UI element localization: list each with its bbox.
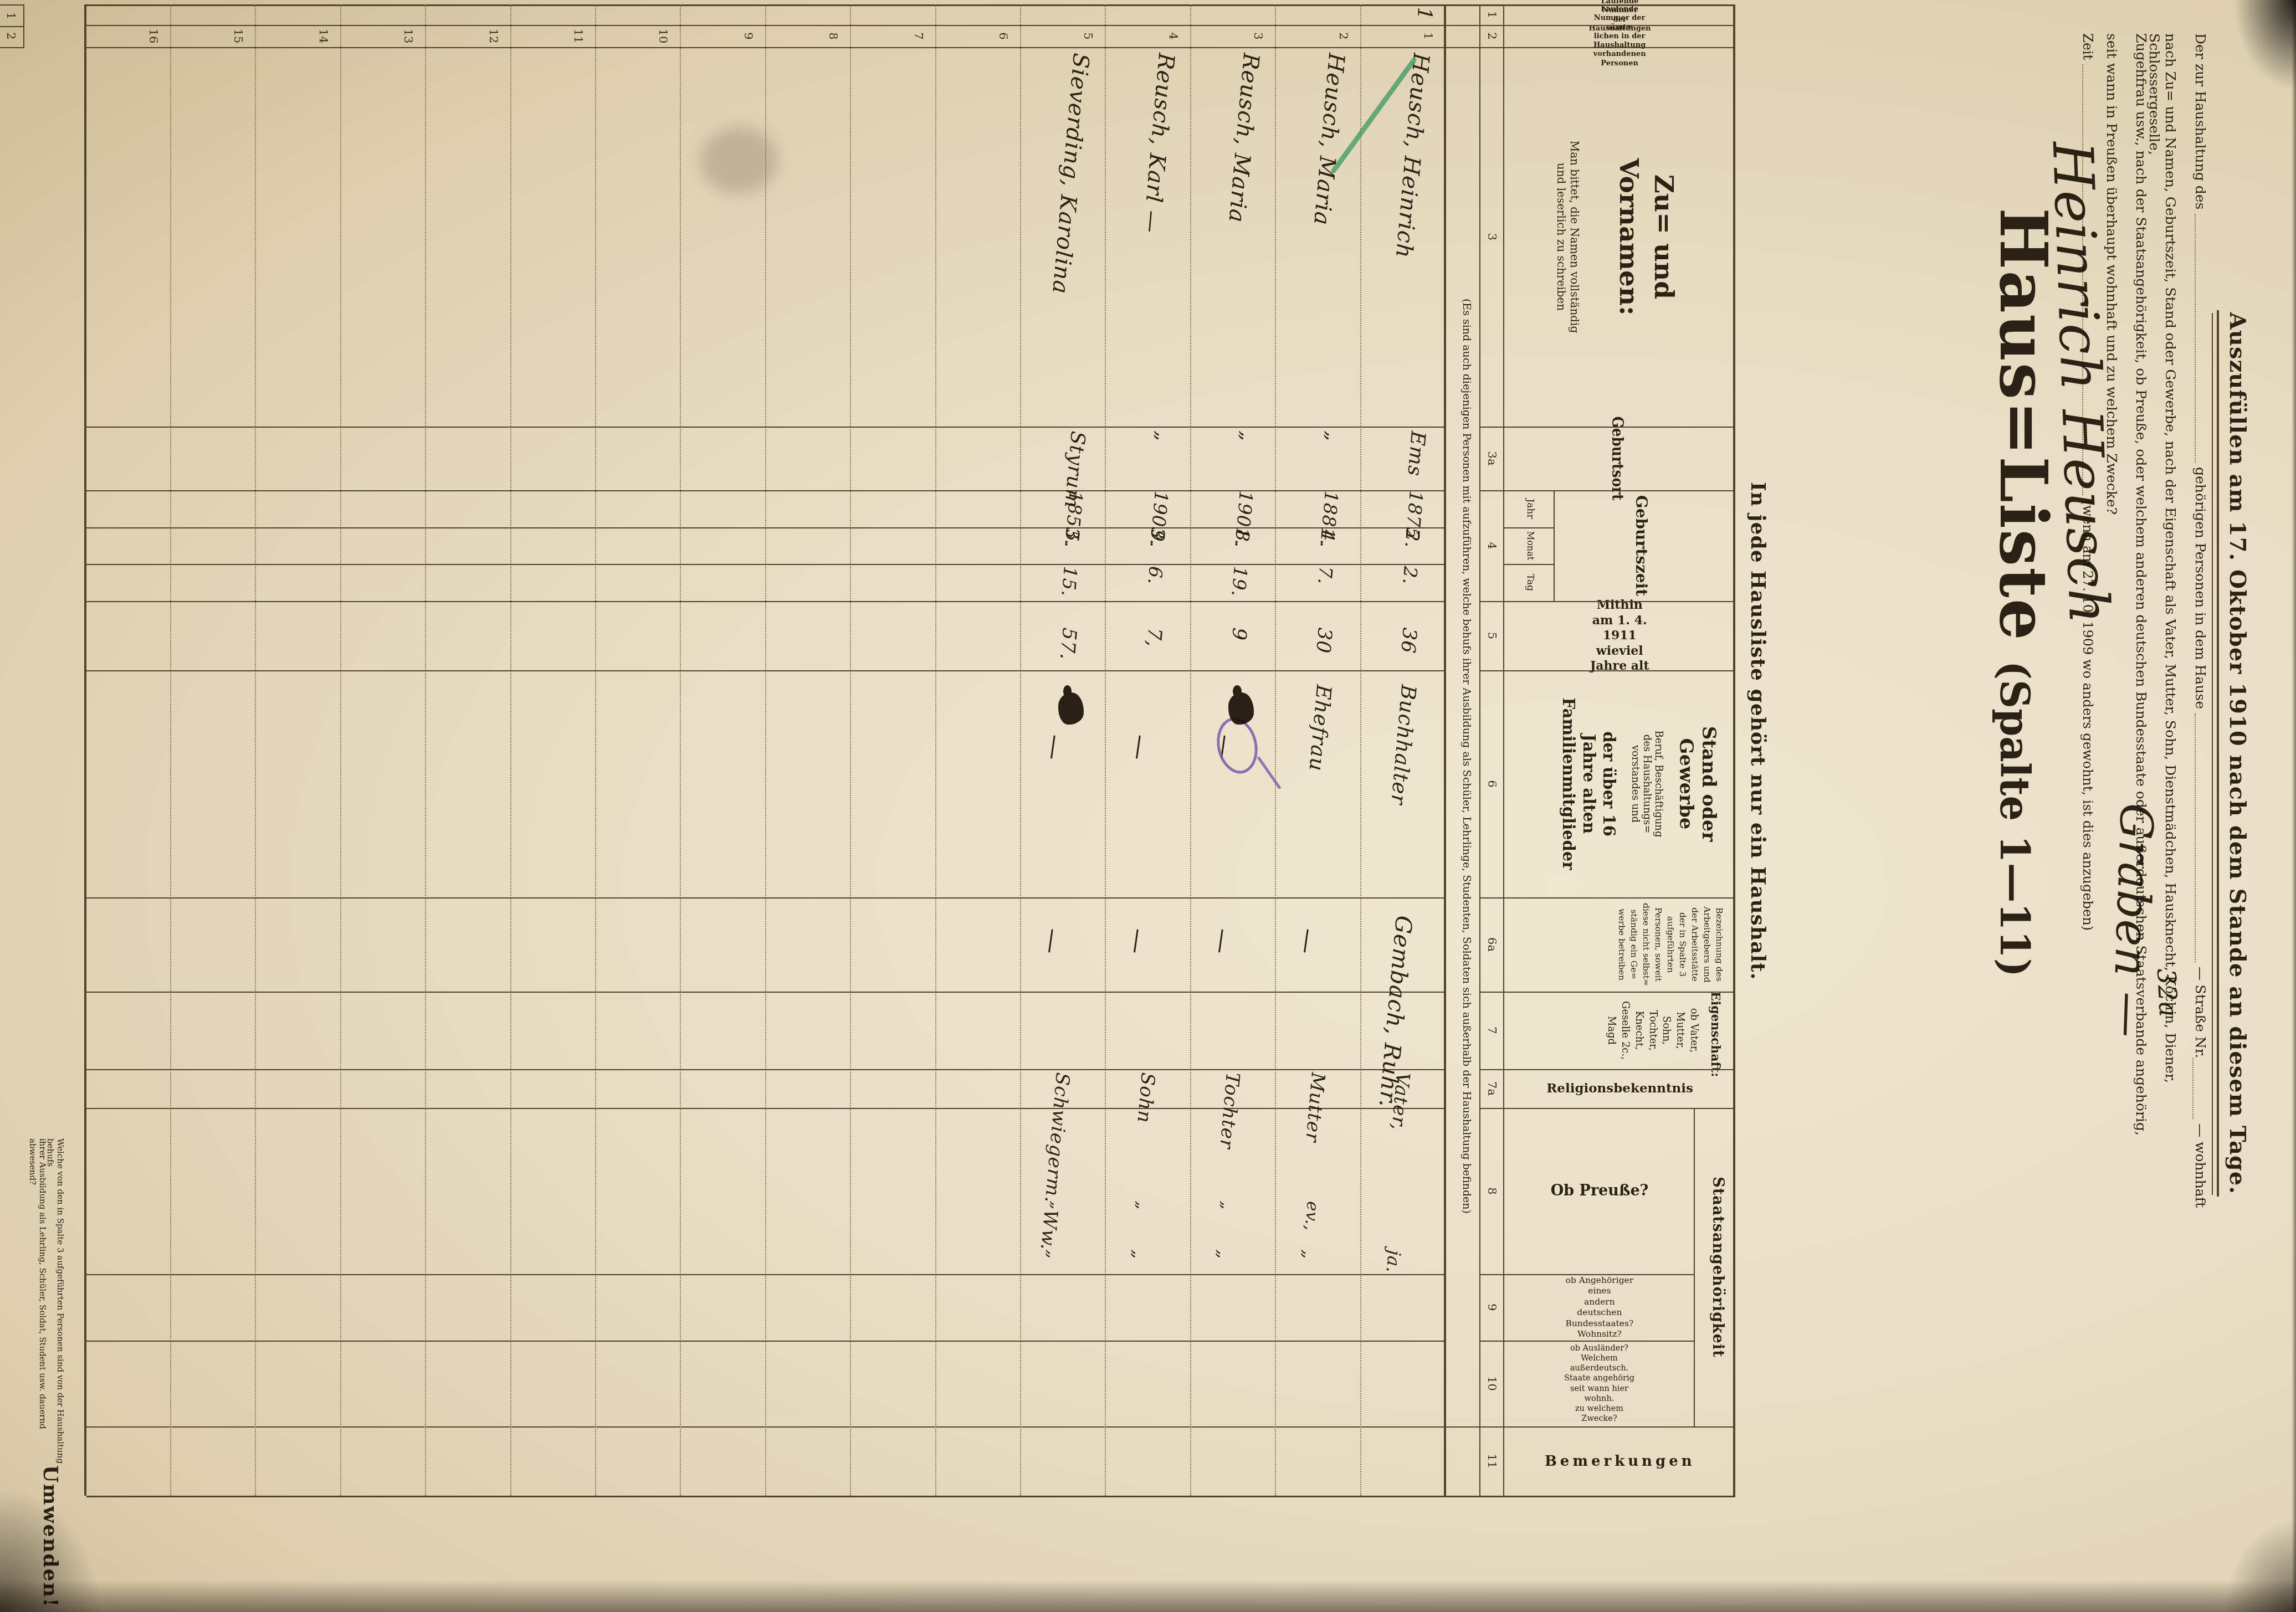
table-row (511, 0, 596, 1612)
person-number: 14 (311, 25, 336, 47)
col6-header-occupation: Stand oder Gewerbe (1674, 670, 1720, 897)
column-number-11: 11 (1480, 1426, 1504, 1496)
page-corner-shadow-top-left (2235, 0, 2296, 89)
col4-sub-tag: Tag (1525, 564, 1536, 601)
grid-line (1480, 1274, 1695, 1275)
col6-header-occupation-note: Beruf, Beschäftigung des Haushaltungs= v… (1629, 670, 1664, 897)
age-entry: 7, (1142, 627, 1166, 649)
column-number-4: 4 (1480, 490, 1504, 601)
prussian-entry: „ (1043, 1249, 1065, 1261)
grid-line (1480, 427, 1735, 428)
table-row (426, 0, 511, 1612)
col7-header-relation-title: Eigenschaft: (1708, 992, 1723, 1069)
grid-line (1480, 601, 1735, 602)
column-number-3a: 3a (1480, 427, 1504, 490)
person-number: 7 (906, 25, 931, 47)
form-title-block: Haus=Liste (Spalte 1—11) (1985, 208, 2062, 977)
grid-line (1554, 490, 1555, 601)
grid-line (1504, 564, 1555, 565)
birth-month-entry: 5. (1061, 529, 1084, 550)
form-title: Haus=Liste (1985, 208, 2062, 641)
street-no-blank (2192, 1058, 2203, 1119)
table-row (766, 0, 851, 1612)
col4-sub-jahr: Jahr (1525, 490, 1536, 527)
col3a-header-birthplace: Geburtsort (1592, 429, 1642, 488)
house-blank (2195, 713, 2206, 962)
birth-month-entry: 8. (1231, 529, 1254, 550)
para-line-1-a: Der zur Haushaltung des (2192, 33, 2208, 209)
prussian-entry: ja. (1382, 1249, 1405, 1274)
person-number: 13 (396, 25, 421, 47)
col3-header-names: Zu= und Vornamen: (1611, 47, 1681, 427)
grid-line (1733, 4, 1735, 1496)
age-entry: 36 (1396, 627, 1421, 655)
table-row (851, 0, 936, 1612)
col10-header-foreigner: ob Ausländer? Welchem außerdeutsch. Staa… (1504, 1341, 1695, 1426)
table-row (681, 0, 766, 1612)
relation-entry: Sohn (1132, 1072, 1159, 1125)
column-number-5: 5 (1480, 601, 1504, 670)
person-number: 16 (141, 25, 166, 47)
occupation-dash: — (1038, 732, 1072, 762)
person-number: 5 (1076, 25, 1100, 47)
grid-line (1694, 1108, 1695, 1426)
col7a-header-religion: Religionsbekenntnis (1504, 1069, 1735, 1108)
col3-header-note: Man bittet, die Namen vollständig und le… (1555, 47, 1581, 427)
zeit-label: Zeit (2080, 33, 2095, 60)
person-number: 12 (481, 25, 506, 47)
birth-month-entry: 2. (1401, 529, 1424, 550)
age-entry: 57. (1055, 627, 1080, 661)
census-form-page: Auszufüllen am 17. Oktober 1910 nach dem… (0, 0, 2296, 1612)
col4-header-birthdate: Geburtszeit (1632, 490, 1651, 601)
column-number-7: 7 (1480, 992, 1504, 1069)
employer-dash: — (1121, 926, 1155, 956)
col9-header-other-german-state: ob Angehöriger eines andern deutschen Bu… (1504, 1274, 1695, 1341)
person-number: 11 (566, 25, 591, 47)
handwritten-house-number: 32a (2151, 968, 2184, 1019)
heading-rule-thin (2212, 313, 2213, 1195)
religion-entry: „ (1047, 1200, 1067, 1211)
grid-line (1480, 1108, 1735, 1109)
religion-entry: „ (1217, 1200, 1237, 1211)
birth-month-entry: 9. (1146, 529, 1169, 550)
religion-entry: „ (1132, 1200, 1152, 1211)
age-entry: 9 (1227, 627, 1250, 642)
grid-line (1480, 1341, 1695, 1342)
person-number: 9 (736, 25, 761, 47)
religion-entry: ev., (1300, 1200, 1323, 1232)
column-number-10: 10 (1480, 1341, 1504, 1426)
street-label: — Straße Nr. (2192, 967, 2208, 1058)
person-number: 3 (1246, 25, 1270, 47)
birth-day-entry: 19. (1228, 566, 1252, 598)
table-row (1276, 0, 1361, 1612)
column-number-2: 2 (1480, 25, 1504, 47)
column-number-7a: 7a (1480, 1069, 1504, 1108)
employer-dash: — (1291, 926, 1325, 956)
page-edge-shadow-right (0, 1580, 2296, 1612)
para-line-1-b: gehörigen Personen in dem Hause (2192, 467, 2208, 709)
col8-header-prussian: Ob Preuße? (1504, 1108, 1695, 1274)
prussian-entry: „ (1298, 1249, 1320, 1261)
person-number: 6 (991, 25, 1016, 47)
household-number-entry: 1 (1413, 7, 1436, 21)
col6a-header-employer: Bezeichnung des Arbeitgebers und der Arb… (1616, 897, 1725, 992)
table-row (1191, 0, 1276, 1612)
fill-date-heading: Auszufüllen am 17. Oktober 1910 nach dem… (2225, 310, 2251, 1197)
person-number: 15 (226, 25, 250, 47)
table-row (171, 0, 256, 1612)
column-number-6a: 6a (1480, 897, 1504, 992)
wohnhaft-label: — wohnhaft (2192, 1123, 2208, 1208)
table-row (936, 0, 1021, 1612)
footer-note-line2: ihrer Ausbildung als Lehrling, Schüler, … (28, 1138, 48, 1471)
scanned-book-photo: Auszufüllen am 17. Oktober 1910 nach dem… (0, 0, 2296, 1612)
employer-dash: — (1036, 926, 1069, 956)
para-line-1: Der zur Haushaltung des gehörigen Person… (2192, 33, 2208, 1208)
column-number-3: 3 (1480, 47, 1504, 427)
birth-day-entry: 15. (1058, 566, 1082, 598)
bottom-col1-number: 1 (0, 4, 24, 27)
column-number-8: 8 (1480, 1108, 1504, 1274)
employer-dash: — (1206, 926, 1239, 956)
head-name-blank (2195, 214, 2206, 463)
person-number: 1 (1416, 25, 1441, 47)
col4-sub-monat: Monat (1525, 527, 1536, 564)
include-absent-persons-note: (Es sind auch diejenigen Personen mit au… (1460, 53, 1473, 1460)
col11-header-remarks: Bemerkungen (1504, 1426, 1735, 1496)
col2-header: Laufende Nummer der sämt= lichen in der … (1504, 25, 1735, 47)
birthplace-entry: „ (1321, 430, 1345, 443)
birth-day-entry: 7. (1314, 566, 1337, 586)
grid-line (1480, 670, 1735, 671)
birthplace-entry: „ (1236, 430, 1260, 443)
col6-header-over16: der über 16 Jahre alten Familienmitglied… (1559, 670, 1619, 897)
grid-line (1504, 527, 1555, 528)
table-row (341, 0, 426, 1612)
page-edge-shadow-top (2292, 0, 2296, 1612)
person-number: 4 (1161, 25, 1186, 47)
ink-blot (1228, 692, 1254, 725)
occupation-dash: — (1124, 732, 1157, 762)
column-number-6: 6 (1480, 670, 1504, 897)
one-household-subtitle: In jede Hausliste gehört nur ein Haushal… (1746, 482, 1770, 980)
citizenship-group-header: Staatsangehörigkeit (1709, 1108, 1726, 1426)
birth-day-entry: 6. (1144, 566, 1167, 586)
col7-header-relation-list: ob Vater, Mutter, Sohn, Tochter, Knecht,… (1604, 992, 1700, 1069)
person-number: 2 (1331, 25, 1356, 47)
bottom-col2-number: 2 (0, 25, 24, 48)
table-row (1106, 0, 1191, 1612)
table-row (256, 0, 341, 1612)
column-number-1: 1 (1480, 4, 1504, 25)
grid-line (1480, 1069, 1735, 1070)
person-number: 10 (651, 25, 675, 47)
heading-rule-thick (2217, 310, 2219, 1197)
prussian-entry: „ (1128, 1249, 1150, 1261)
person-number: 8 (821, 25, 845, 47)
col5-header-age: Mithin am 1. 4. 1911 wieviel Jahre alt (1504, 601, 1735, 670)
column-number-9: 9 (1480, 1274, 1504, 1341)
grid-line (1480, 490, 1735, 491)
table-row (596, 0, 681, 1612)
birthplace-entry: Ems (1403, 430, 1429, 477)
age-entry: 30 (1311, 627, 1336, 655)
table-row (86, 0, 171, 1612)
form-title-suffix: (Spalte 1—11) (1991, 661, 2038, 977)
prussian-entry: „ (1213, 1249, 1235, 1261)
birthplace-entry: „ (1151, 430, 1175, 443)
grid-line (1480, 897, 1735, 899)
birth-day-entry: 2. (1398, 566, 1422, 586)
birth-month-entry: 4. (1316, 529, 1339, 550)
footer-note-line1: Welche von den in Spalte 3 aufgeführten … (45, 1138, 65, 1471)
grid-line (1480, 992, 1735, 993)
